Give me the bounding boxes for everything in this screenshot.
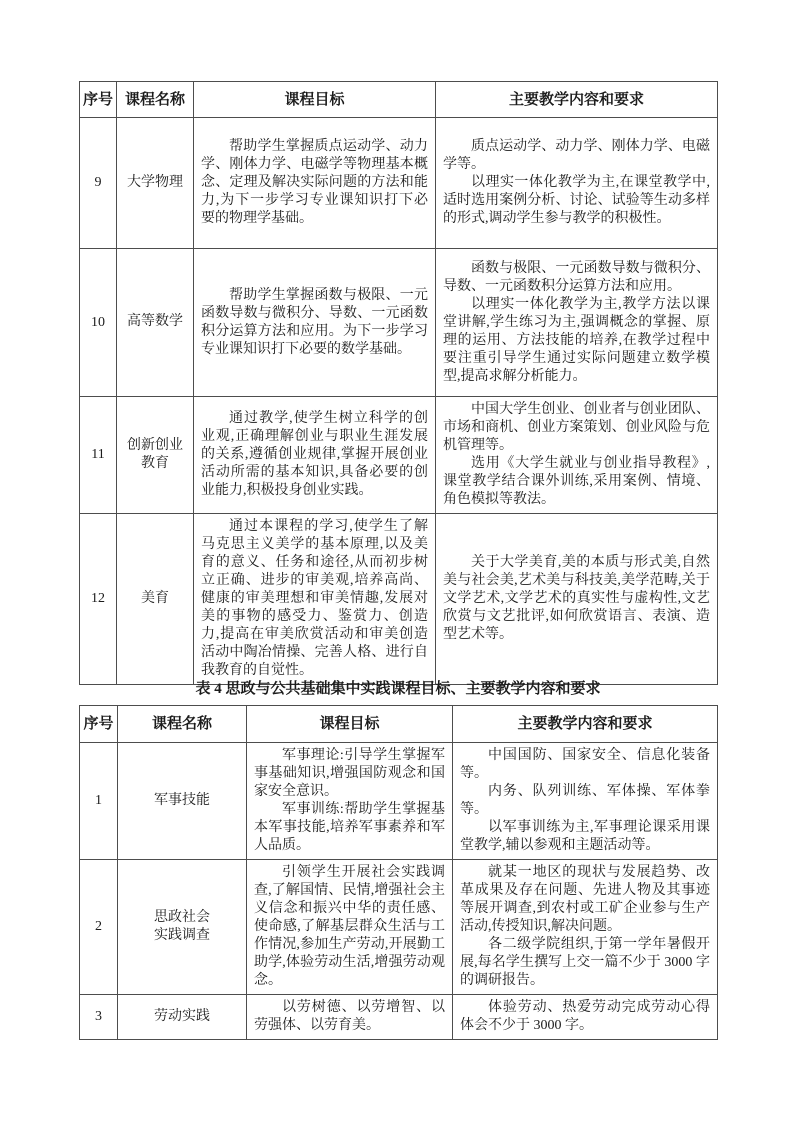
course-name-text: 创新创业教育 bbox=[127, 437, 183, 473]
row-number-cell: 1 bbox=[80, 743, 118, 860]
paragraph: 帮助学生掌握质点运动学、动力学、刚体力学、电磁学等物理基本概念、定理及解决实际问… bbox=[201, 138, 428, 228]
teaching-content-cell: 函数与极限、一元函数导数与微积分、导数、一元函数积分运算方法和应用。 以理实一体… bbox=[436, 249, 718, 397]
row-number-cell: 12 bbox=[80, 514, 117, 685]
course-name-cell: 高等数学 bbox=[117, 249, 194, 397]
paragraph: 军事理论:引导学生掌握军事基础知识,增强国防观念和国家安全意识。 bbox=[254, 747, 445, 801]
course-name-text: 军事技能 bbox=[154, 792, 210, 810]
table-header-row: 序号 课程名称 课程目标 主要教学内容和要求 bbox=[80, 706, 718, 743]
teaching-content-cell: 就某一地区的现状与发展趋势、改革成果及存在问题、先进人物及其事迹等展开调查,到农… bbox=[453, 860, 718, 995]
paragraph: 各二级学院组织,于第一学年暑假开展,每名学生撰写上交一篇不少于 3000 字的调… bbox=[460, 936, 710, 990]
course-name-text: 思政社会实践调查 bbox=[154, 909, 210, 945]
header-cell-course-name: 课程名称 bbox=[118, 706, 247, 743]
paragraph: 以军事训练为主,军事理论课采用课堂教学,辅以参观和主题活动等。 bbox=[460, 819, 710, 855]
paragraph: 中国国防、国家安全、信息化装备等。 bbox=[460, 747, 710, 783]
header-cell-teaching-content: 主要教学内容和要求 bbox=[436, 82, 718, 118]
header-cell-no: 序号 bbox=[80, 82, 117, 118]
course-name-cell: 思政社会实践调查 bbox=[118, 860, 247, 995]
teaching-content-cell: 中国大学生创业、创业者与创业团队、市场和商机、创业方案策划、创业风险与危机管理等… bbox=[436, 397, 718, 514]
table-row-2: 2 思政社会实践调查 引领学生开展社会实践调查,了解国情、民情,增强社会主义信念… bbox=[80, 860, 718, 995]
row-number-cell: 2 bbox=[80, 860, 118, 995]
paragraph: 通过教学,使学生树立科学的创业观,正确理解创业与职业生涯发展的关系,遵循创业规律… bbox=[201, 410, 428, 500]
document-page: 序号 课程名称 课程目标 主要教学内容和要求 9 大学物理 帮助学生掌握质点运动… bbox=[0, 0, 793, 1122]
paragraph: 就某一地区的现状与发展趋势、改革成果及存在问题、先进人物及其事迹等展开调查,到农… bbox=[460, 864, 710, 936]
course-name-text: 美育 bbox=[141, 590, 169, 608]
paragraph: 以劳树德、以劳增智、以劳强体、以劳育美。 bbox=[254, 999, 445, 1035]
paragraph: 选用《大学生就业与创业指导教程》,课堂教学结合课外训练,采用案例、情境、角色模拟… bbox=[443, 455, 710, 509]
paragraph: 函数与极限、一元函数导数与微积分、导数、一元函数积分运算方法和应用。 bbox=[443, 260, 710, 296]
course-table-practice: 序号 课程名称 课程目标 主要教学内容和要求 1 军事技能 军事理论:引导学生掌… bbox=[79, 705, 718, 1040]
header-cell-course-goal: 课程目标 bbox=[194, 82, 436, 118]
paragraph: 体验劳动、热爱劳动完成劳动心得体会不少于 3000 字。 bbox=[460, 999, 710, 1035]
course-goal-cell: 帮助学生掌握质点运动学、动力学、刚体力学、电磁学等物理基本概念、定理及解决实际问… bbox=[194, 118, 436, 249]
header-cell-course-goal: 课程目标 bbox=[247, 706, 453, 743]
course-goal-cell: 以劳树德、以劳增智、以劳强体、以劳育美。 bbox=[247, 995, 453, 1040]
course-table-general: 序号 课程名称 课程目标 主要教学内容和要求 9 大学物理 帮助学生掌握质点运动… bbox=[79, 81, 718, 685]
course-name-text: 大学物理 bbox=[127, 174, 183, 192]
header-cell-no: 序号 bbox=[80, 706, 118, 743]
header-cell-teaching-content: 主要教学内容和要求 bbox=[453, 706, 718, 743]
paragraph: 军事训练:帮助学生掌握基本军事技能,培养军事素养和军人品质。 bbox=[254, 801, 445, 855]
course-goal-cell: 通过本课程的学习,使学生了解马克思主义美学的基本原理,以及美育的意义、任务和途径… bbox=[194, 514, 436, 685]
teaching-content-cell: 体验劳动、热爱劳动完成劳动心得体会不少于 3000 字。 bbox=[453, 995, 718, 1040]
paragraph: 以理实一体化教学为主,在课堂教学中,适时选用案例分析、讨论、试验等生动多样的形式… bbox=[443, 174, 710, 228]
paragraph: 通过本课程的学习,使学生了解马克思主义美学的基本原理,以及美育的意义、任务和途径… bbox=[201, 518, 428, 680]
table-row-10: 10 高等数学 帮助学生掌握函数与极限、一元函数导数与微积分、导数、一元函数积分… bbox=[80, 249, 718, 397]
paragraph: 中国大学生创业、创业者与创业团队、市场和商机、创业方案策划、创业风险与危机管理等… bbox=[443, 401, 710, 455]
table-row-1: 1 军事技能 军事理论:引导学生掌握军事基础知识,增强国防观念和国家安全意识。 … bbox=[80, 743, 718, 860]
course-name-cell: 军事技能 bbox=[118, 743, 247, 860]
course-goal-cell: 通过教学,使学生树立科学的创业观,正确理解创业与职业生涯发展的关系,遵循创业规律… bbox=[194, 397, 436, 514]
row-number-cell: 11 bbox=[80, 397, 117, 514]
teaching-content-cell: 质点运动学、动力学、刚体力学、电磁学等。 以理实一体化教学为主,在课堂教学中,适… bbox=[436, 118, 718, 249]
course-goal-cell: 军事理论:引导学生掌握军事基础知识,增强国防观念和国家安全意识。 军事训练:帮助… bbox=[247, 743, 453, 860]
paragraph: 质点运动学、动力学、刚体力学、电磁学等。 bbox=[443, 138, 710, 174]
course-name-cell: 大学物理 bbox=[117, 118, 194, 249]
paragraph: 引领学生开展社会实践调查,了解国情、民情,增强社会主义信念和振兴中华的责任感、使… bbox=[254, 864, 445, 990]
course-name-text: 高等数学 bbox=[127, 313, 183, 331]
course-name-cell: 劳动实践 bbox=[118, 995, 247, 1040]
row-number-cell: 3 bbox=[80, 995, 118, 1040]
paragraph: 帮助学生掌握函数与极限、一元函数导数与微积分、导数、一元函数积分运算方法和应用。… bbox=[201, 287, 428, 359]
course-goal-cell: 引领学生开展社会实践调查,了解国情、民情,增强社会主义信念和振兴中华的责任感、使… bbox=[247, 860, 453, 995]
table-caption: 表 4 思政与公共基础集中实践课程目标、主要教学内容和要求 bbox=[79, 679, 717, 699]
paragraph: 关于大学美育,美的本质与形式美,自然美与社会美,艺术美与科技美,美学范畴,关于文… bbox=[443, 554, 710, 644]
course-name-cell: 美育 bbox=[117, 514, 194, 685]
table-row-11: 11 创新创业教育 通过教学,使学生树立科学的创业观,正确理解创业与职业生涯发展… bbox=[80, 397, 718, 514]
course-name-cell: 创新创业教育 bbox=[117, 397, 194, 514]
row-number-cell: 9 bbox=[80, 118, 117, 249]
header-cell-course-name: 课程名称 bbox=[117, 82, 194, 118]
table-header-row: 序号 课程名称 课程目标 主要教学内容和要求 bbox=[80, 82, 718, 118]
teaching-content-cell: 关于大学美育,美的本质与形式美,自然美与社会美,艺术美与科技美,美学范畴,关于文… bbox=[436, 514, 718, 685]
course-name-text: 劳动实践 bbox=[154, 1008, 210, 1026]
paragraph: 内务、队列训练、军体操、军体拳等。 bbox=[460, 783, 710, 819]
table-row-12: 12 美育 通过本课程的学习,使学生了解马克思主义美学的基本原理,以及美育的意义… bbox=[80, 514, 718, 685]
teaching-content-cell: 中国国防、国家安全、信息化装备等。 内务、队列训练、军体操、军体拳等。 以军事训… bbox=[453, 743, 718, 860]
table-row-9: 9 大学物理 帮助学生掌握质点运动学、动力学、刚体力学、电磁学等物理基本概念、定… bbox=[80, 118, 718, 249]
paragraph: 以理实一体化教学为主,教学方法以课堂讲解,学生练习为主,强调概念的掌握、原理的运… bbox=[443, 296, 710, 386]
table-row-3: 3 劳动实践 以劳树德、以劳增智、以劳强体、以劳育美。 体验劳动、热爱劳动完成劳… bbox=[80, 995, 718, 1040]
row-number-cell: 10 bbox=[80, 249, 117, 397]
course-goal-cell: 帮助学生掌握函数与极限、一元函数导数与微积分、导数、一元函数积分运算方法和应用。… bbox=[194, 249, 436, 397]
